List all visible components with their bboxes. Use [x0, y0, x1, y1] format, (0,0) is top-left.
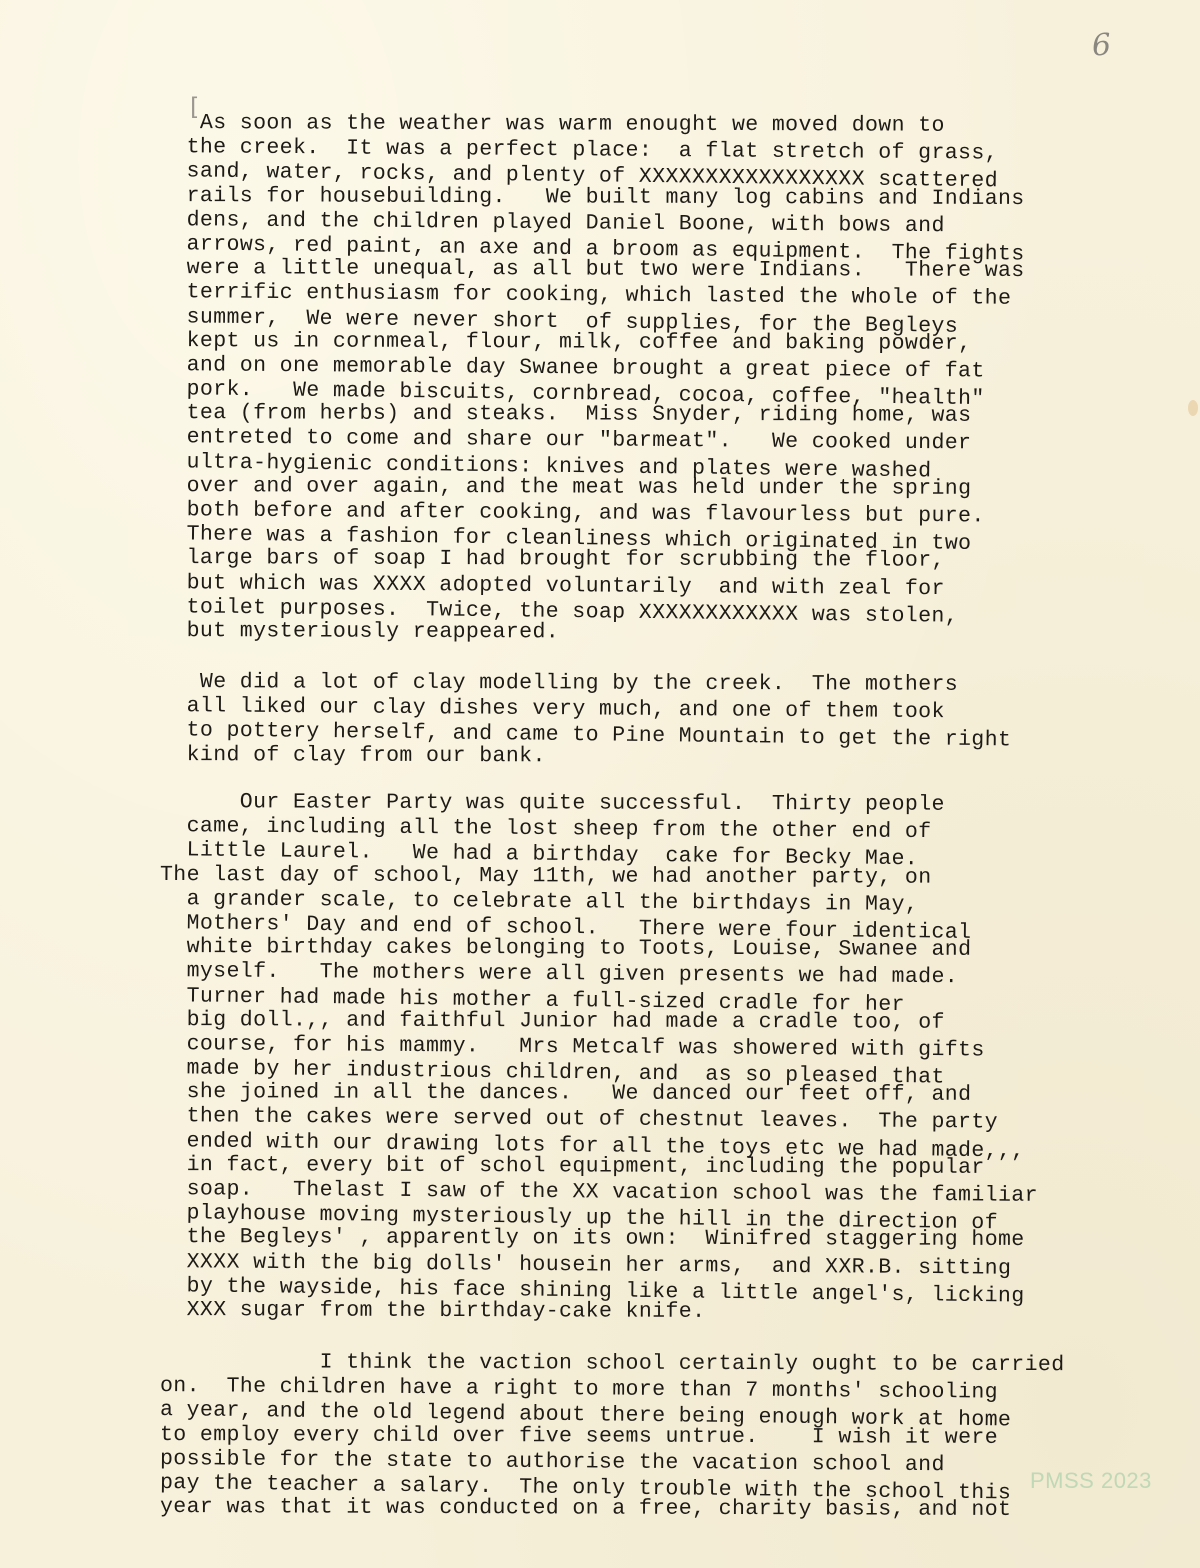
text-line: in fact, every bit of schol equipment, i… — [160, 1153, 1110, 1181]
text-line: kind of clay from our bank. — [160, 743, 1110, 771]
text-line: Our Easter Party was quite successful. T… — [160, 790, 1110, 818]
paragraph-clay-modelling: We did a lot of clay modelling by the cr… — [160, 670, 1110, 767]
text-line: white birthday cakes belonging to Toots,… — [160, 935, 1110, 963]
text-line: tea (from herbs) and steaks. Miss Snyder… — [160, 401, 1110, 429]
paragraph-easter-party: Our Easter Party was quite successful. T… — [160, 790, 1110, 1322]
text-line: As soon as the weather was warm enought … — [160, 111, 1110, 139]
text-line: kept us in cornmeal, flour, milk, coffee… — [160, 329, 1110, 357]
paper-stain — [1188, 400, 1198, 416]
text-line: The last day of school, May 11th, we had… — [160, 863, 1110, 891]
text-line: over and over again, and the meat was he… — [160, 474, 1110, 502]
text-line: to employ every child over five seems un… — [160, 1423, 1110, 1451]
text-line: but mysteriously reappeared. — [160, 619, 1110, 647]
paragraph-creek: As soon as the weather was warm enought … — [160, 111, 1110, 643]
text-line: she joined in all the dances. We danced … — [160, 1080, 1110, 1108]
text-line: were a little unequal, as all but two we… — [160, 256, 1110, 284]
text-line: big doll.,, and faithful Junior had made… — [160, 1008, 1110, 1036]
text-line: rails for housebuilding. We built many l… — [160, 184, 1110, 212]
text-line: I think the vaction school certainly oug… — [160, 1350, 1110, 1378]
text-line: year was that it was conducted on a free… — [160, 1495, 1110, 1523]
watermark: PMSS 2023 — [1030, 1468, 1152, 1494]
text-line: large bars of soap I had brought for scr… — [160, 546, 1110, 574]
paragraph-vacation-school-opinion: I think the vaction school certainly oug… — [160, 1350, 1110, 1519]
text-line: We did a lot of clay modelling by the cr… — [160, 670, 1110, 698]
handwritten-page-number: 6 — [1091, 27, 1112, 63]
text-line: the Begleys' , apparently on its own: Wi… — [160, 1225, 1110, 1253]
text-line: XXX sugar from the birthday-cake knife. — [160, 1298, 1110, 1326]
